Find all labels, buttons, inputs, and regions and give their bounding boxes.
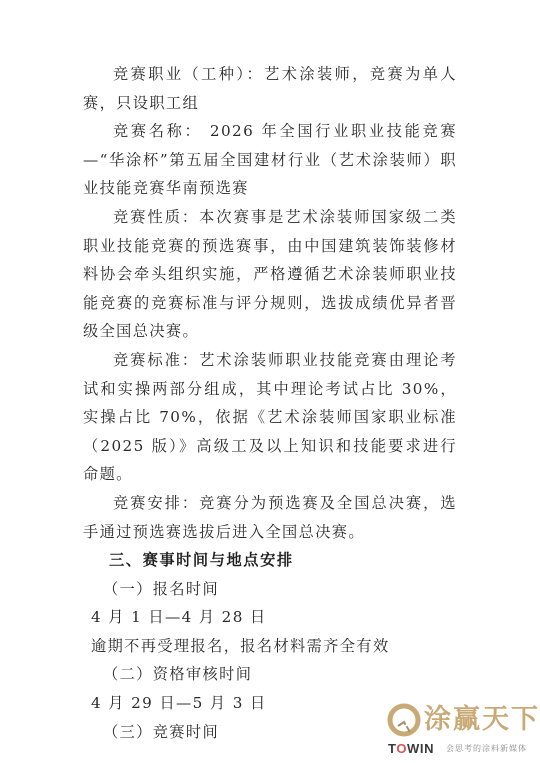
watermark-brand: TOWIN xyxy=(388,741,434,757)
subheading-review-time: （二）资格审核时间 xyxy=(83,660,457,689)
towin-circle-logo-icon xyxy=(386,702,422,738)
registration-note: 逾期不再受理报名，报名材料需齐全有效 xyxy=(83,632,457,661)
registration-dates: 4 月 1 日—4 月 28 日 xyxy=(83,603,457,632)
paragraph-competition-arrangement: 竞赛安排：竞赛分为预选赛及全国总决赛，选手通过预选赛选拔后进入全国总决赛。 xyxy=(83,489,457,546)
watermark-slogan: 会思考的涂料新媒体 xyxy=(446,743,527,755)
document-page: 竞赛职业（工种）：艺术涂装师，竞赛为单人赛，只设职工组 竞赛名称： 2026 年… xyxy=(83,60,457,746)
watermark-title: 涂赢天下 xyxy=(424,701,540,739)
paragraph-competition-name: 竞赛名称： 2026 年全国行业职业技能竞赛—“华涂杯”第五届全国建材行业（艺术… xyxy=(83,117,457,203)
brand-letter-o: O xyxy=(396,741,407,756)
paragraph-competition-nature: 竞赛性质：本次赛事是艺术涂装师国家级二类职业技能竞赛的预选赛事，由中国建筑装饰装… xyxy=(83,203,457,346)
paragraph-competition-occupation: 竞赛职业（工种）：艺术涂装师，竞赛为单人赛，只设职工组 xyxy=(83,60,457,117)
paragraph-competition-standard: 竞赛标准：艺术涂装师职业技能竞赛由理论考试和实操两部分组成，其中理论考试占比 3… xyxy=(83,346,457,489)
section-heading-schedule: 三、赛事时间与地点安排 xyxy=(83,546,457,575)
watermark-logo: 涂赢天下 TOWIN 会思考的涂料新媒体 xyxy=(386,700,538,760)
subheading-registration-time: （一）报名时间 xyxy=(83,575,457,604)
brand-letters-win: WIN xyxy=(407,741,434,756)
